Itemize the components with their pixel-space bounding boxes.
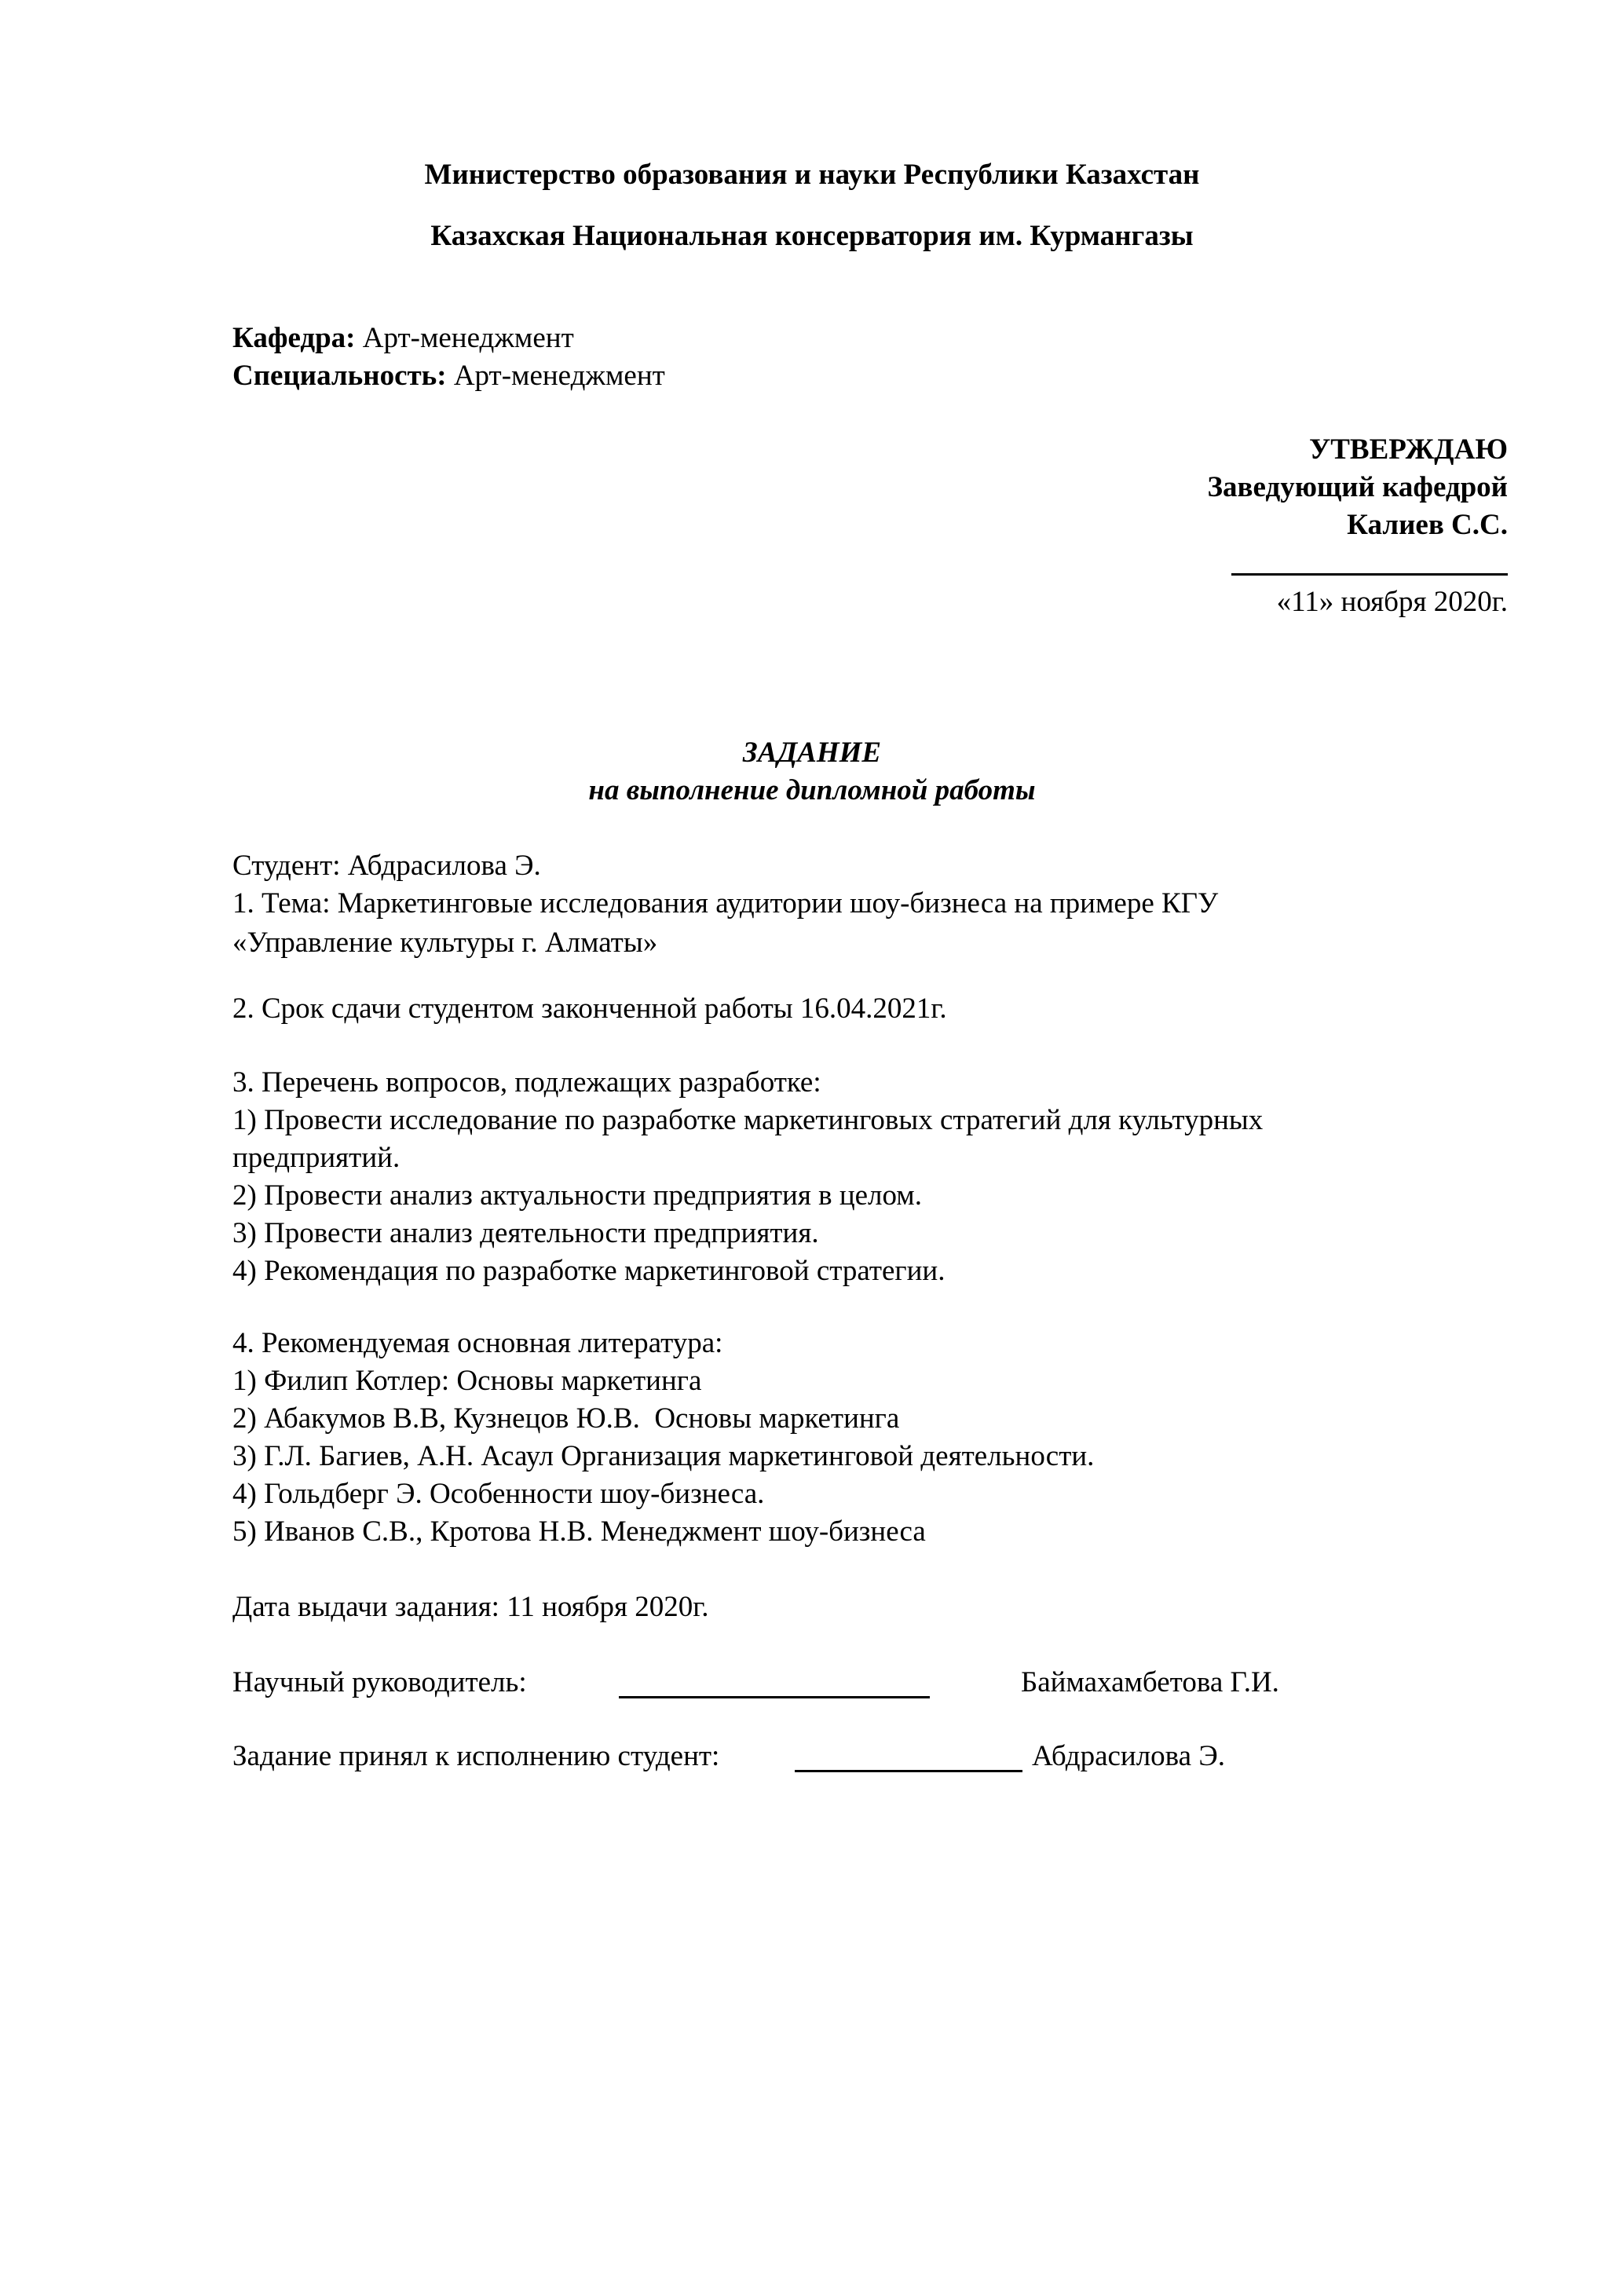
- supervisor-signature-line: [619, 1696, 930, 1698]
- student-acceptance-name: Абдрасилова Э.: [1032, 1742, 1225, 1771]
- deadline-line: 2. Срок сдачи студентом законченной рабо…: [232, 994, 947, 1023]
- approval-signature-line: [1231, 573, 1508, 576]
- question-item: 3) Провести анализ деятельности предприя…: [232, 1219, 819, 1248]
- student-signature-line: [795, 1770, 1022, 1772]
- ministry-heading: Министерство образования и науки Республ…: [0, 160, 1624, 189]
- specialty-label: Специальность:: [232, 360, 447, 392]
- question-item: 4) Рекомендация по разработке маркетинго…: [232, 1256, 945, 1285]
- student-acceptance-label: Задание принял к исполнению студент:: [232, 1742, 719, 1771]
- department-label: Кафедра:: [232, 322, 356, 354]
- literature-heading: 4. Рекомендуемая основная литература:: [232, 1329, 722, 1358]
- approval-name: Калиев С.С.: [1347, 510, 1508, 539]
- assignment-title: ЗАДАНИЕ: [0, 738, 1624, 767]
- approval-date: «11» ноября 2020г.: [1277, 587, 1508, 616]
- specialty-line: Специальность: Арт-менеджмент: [232, 361, 665, 390]
- literature-item: 3) Г.Л. Багиев, А.Н. Асаул Организация м…: [232, 1442, 1094, 1471]
- department-line: Кафедра: Арт-менеджмент: [232, 324, 574, 353]
- question-item: 2) Провести анализ актуальности предприя…: [232, 1181, 922, 1210]
- literature-item: 2) Абакумов В.В, Кузнецов Ю.В. Основы ма…: [232, 1404, 899, 1433]
- literature-item: 4) Гольдберг Э. Особенности шоу-бизнеса.: [232, 1479, 764, 1508]
- literature-item: 1) Филип Котлер: Основы маркетинга: [232, 1366, 701, 1395]
- department-value: Арт-менеджмент: [356, 322, 574, 354]
- approval-position: Заведующий кафедрой: [1208, 473, 1508, 502]
- supervisor-label: Научный руководитель:: [232, 1668, 527, 1697]
- document-page: Министерство образования и науки Республ…: [0, 0, 1624, 2296]
- institution-heading: Казахская Национальная консерватория им.…: [0, 221, 1624, 250]
- topic-line-1: 1. Тема: Маркетинговые исследования ауди…: [232, 889, 1218, 918]
- student-line: Студент: Абдрасилова Э.: [232, 851, 541, 880]
- literature-item: 5) Иванов С.В., Кротова Н.В. Менеджмент …: [232, 1517, 926, 1546]
- assignment-subtitle: на выполнение дипломной работы: [0, 776, 1624, 805]
- issue-date-line: Дата выдачи задания: 11 ноября 2020г.: [232, 1592, 709, 1621]
- questions-heading: 3. Перечень вопросов, подлежащих разрабо…: [232, 1068, 821, 1097]
- specialty-value: Арт-менеджмент: [447, 360, 665, 392]
- question-item: предприятий.: [232, 1143, 400, 1172]
- question-item: 1) Провести исследование по разработке м…: [232, 1106, 1263, 1135]
- approval-title: УТВЕРЖДАЮ: [1309, 435, 1508, 464]
- supervisor-name: Баймахамбетова Г.И.: [1021, 1668, 1279, 1697]
- topic-line-2: «Управление культуры г. Алматы»: [232, 928, 657, 957]
